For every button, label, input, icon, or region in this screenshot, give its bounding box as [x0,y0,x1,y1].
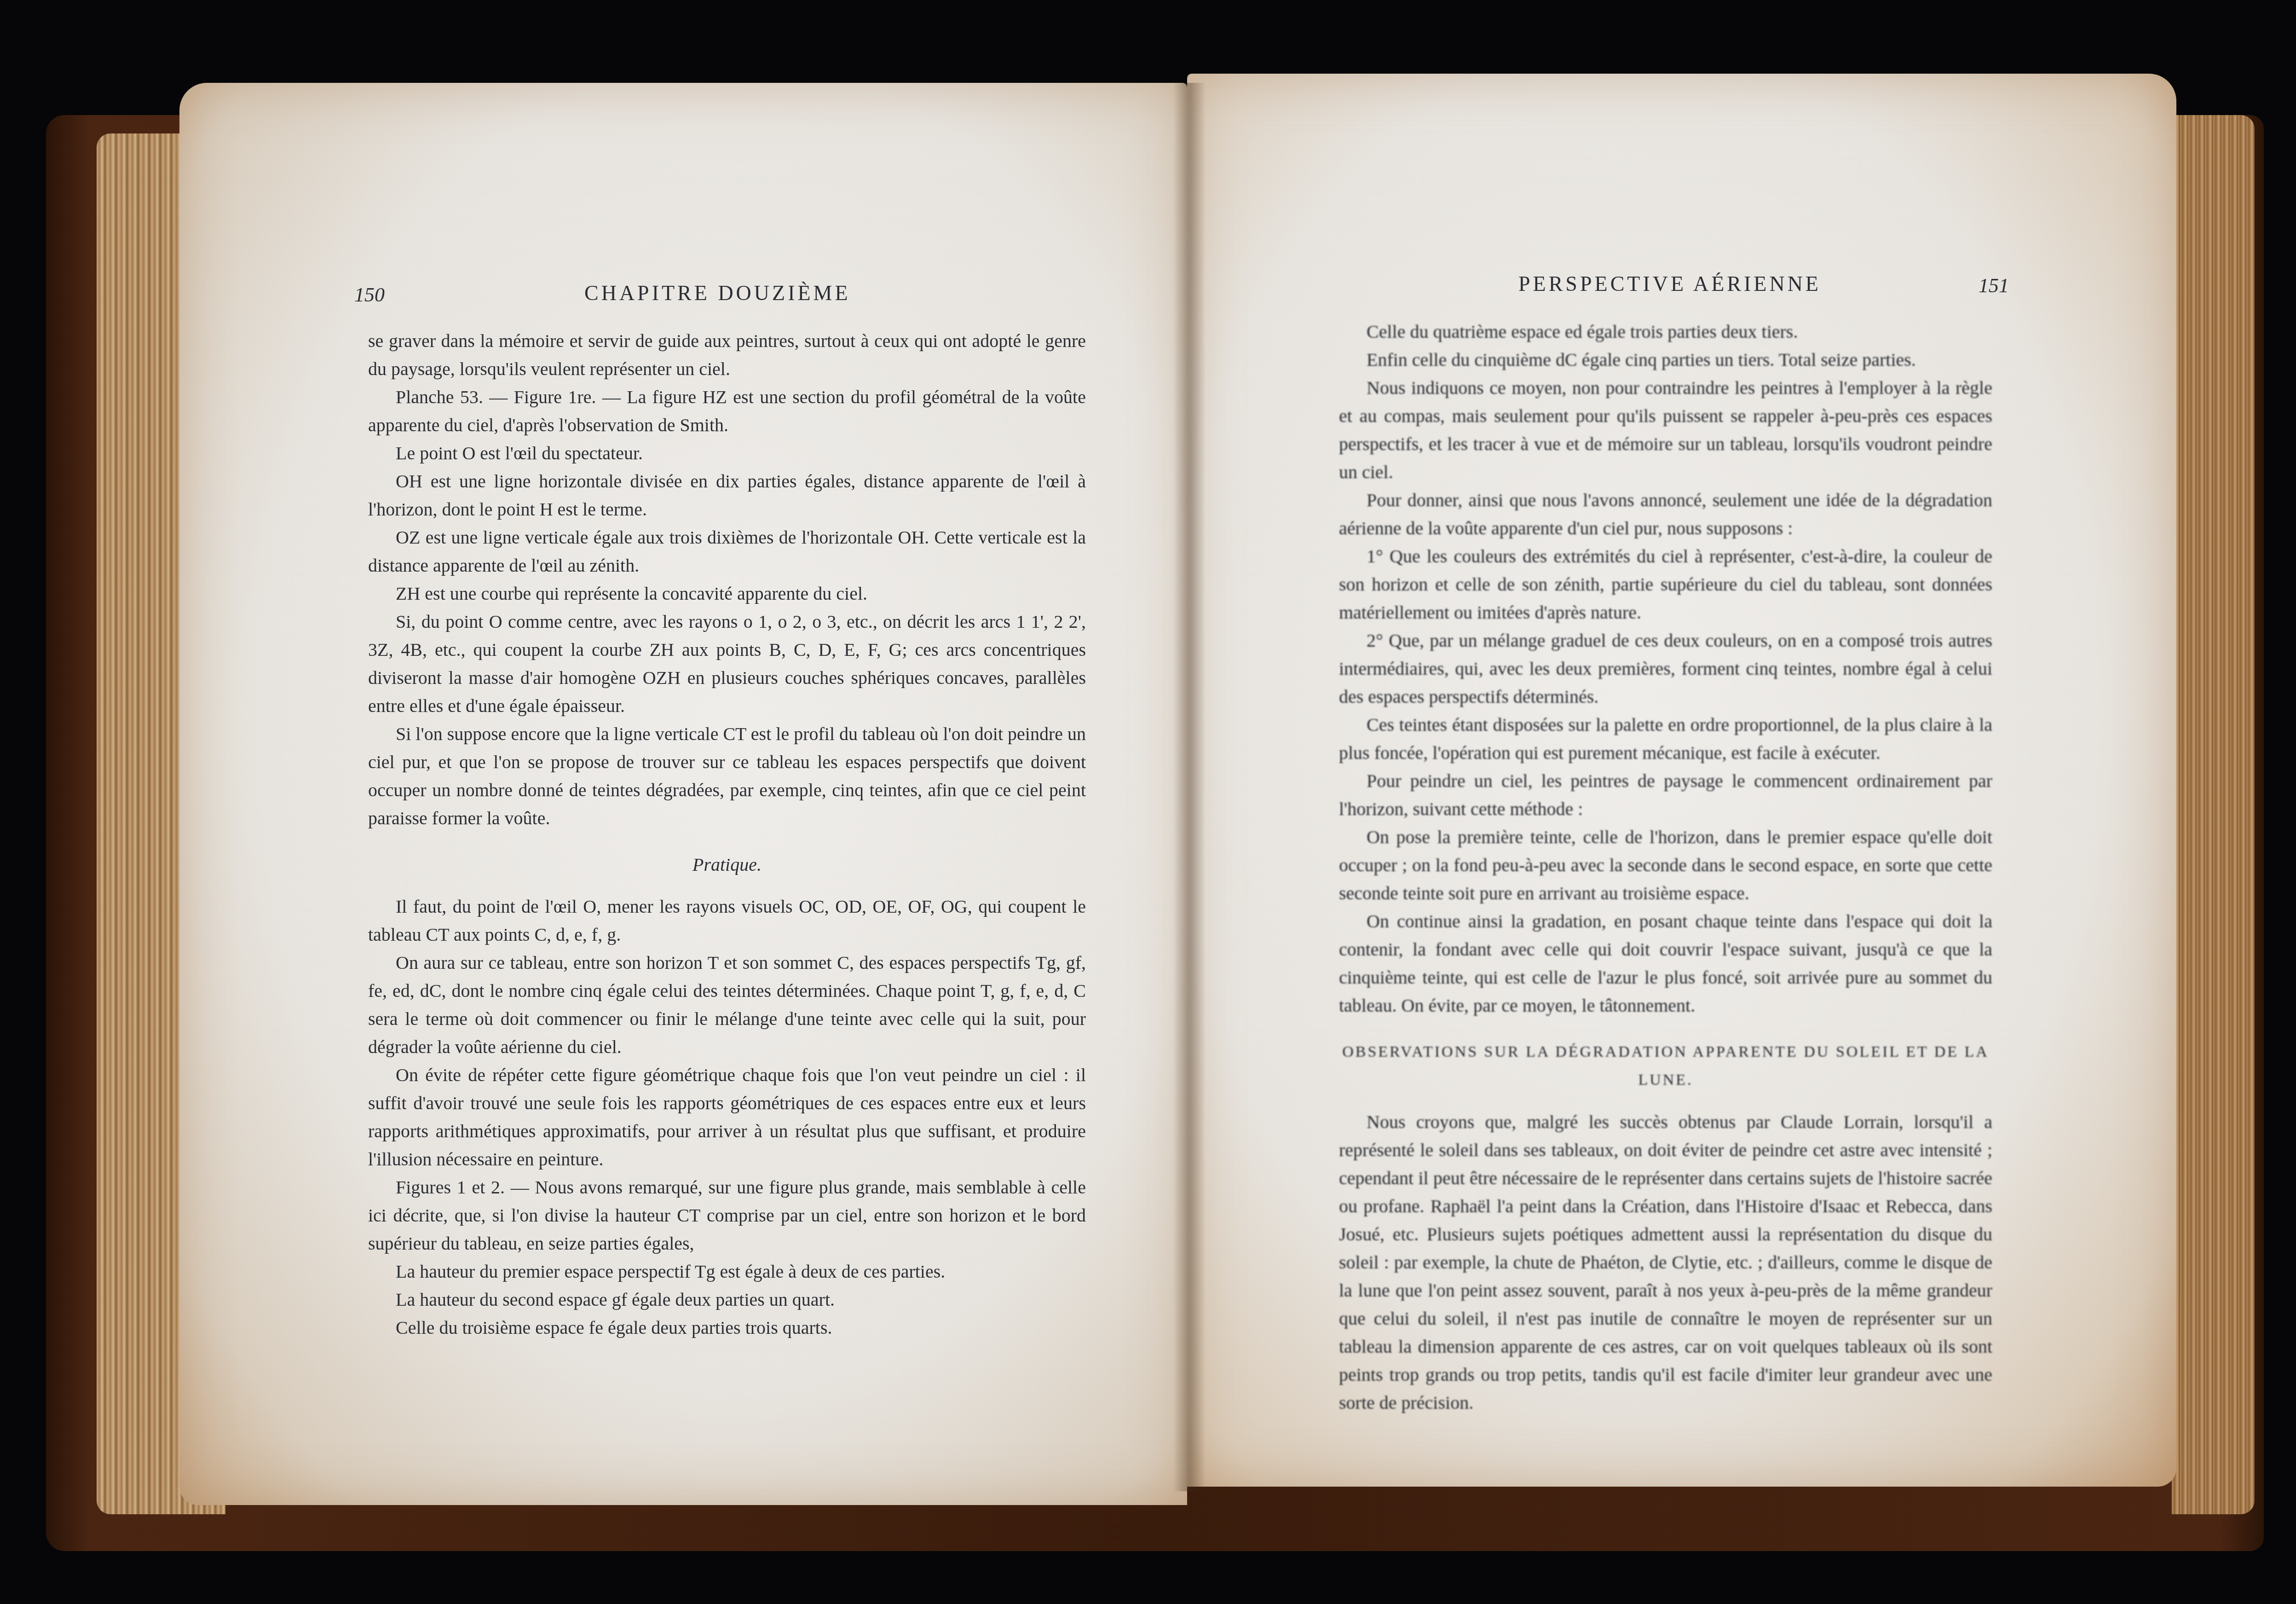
page-body: se graver dans la mémoire et servir de g… [368,327,1086,1342]
paragraph: OZ est une ligne verticale égale aux tro… [368,523,1086,579]
running-head: Perspective aérienne [1518,272,1821,296]
page-body: Celle du quatrième espace ed égale trois… [1339,318,1992,1417]
paragraph: Ces teintes étant disposées sur la palet… [1339,711,1992,767]
paragraph: se graver dans la mémoire et servir de g… [368,327,1086,383]
paragraph: Nous indiquons ce moyen, non pour contra… [1339,374,1992,486]
book-gutter [1173,83,1206,1491]
paragraph: La hauteur du second espace gf égale deu… [368,1286,1086,1314]
subheading: Pratique. [368,851,1086,879]
paragraph: Planche 53. — Figure 1re. — La figure HZ… [368,383,1086,439]
paragraph: Si, du point O comme centre, avec les ra… [368,608,1086,720]
paragraph: Celle du quatrième espace ed égale trois… [1339,318,1992,346]
paragraph: 2° Que, par un mélange graduel de ces de… [1339,626,1992,711]
paragraph: Figures 1 et 2. — Nous avons remarqué, s… [368,1173,1086,1257]
page-number: 150 [354,283,385,307]
paragraph: Celle du troisième espace fe égale deux … [368,1314,1086,1342]
paragraph: Le point O est l'œil du spectateur. [368,439,1086,467]
paragraph: Nous croyons que, malgré les succès obte… [1339,1108,1992,1417]
paragraph: OH est une ligne horizontale divisée en … [368,467,1086,523]
page-edges-right [2172,115,2255,1514]
paragraph: Pour peindre un ciel, les peintres de pa… [1339,767,1992,823]
paragraph: ZH est une courbe qui représente la conc… [368,579,1086,608]
left-page: 150 Chapitre douzième se graver dans la … [179,83,1187,1505]
page-number: 151 [1979,274,2009,297]
section-title: Observations sur la dégradation apparent… [1339,1038,1992,1094]
paragraph: Pour donner, ainsi que nous l'avons anno… [1339,486,1992,542]
running-head: Chapitre douzième [584,281,851,305]
paragraph: On continue ainsi la gradation, en posan… [1339,907,1992,1019]
paragraph: Enfin celle du cinquième dC égale cinq p… [1339,346,1992,374]
paragraph: On évite de répéter cette figure géométr… [368,1061,1086,1173]
paragraph: 1° Que les couleurs des extrémités du ci… [1339,542,1992,626]
paragraph: La hauteur du premier espace perspectif … [368,1257,1086,1286]
paragraph: On pose la première teinte, celle de l'h… [1339,823,1992,907]
paragraph: Si l'on suppose encore que la ligne vert… [368,720,1086,832]
right-page: Perspective aérienne 151 Celle du quatri… [1187,74,2176,1487]
paragraph: On aura sur ce tableau, entre son horizo… [368,949,1086,1061]
paragraph: Il faut, du point de l'œil O, mener les … [368,892,1086,949]
open-book: 150 Chapitre douzième se graver dans la … [28,64,2273,1565]
